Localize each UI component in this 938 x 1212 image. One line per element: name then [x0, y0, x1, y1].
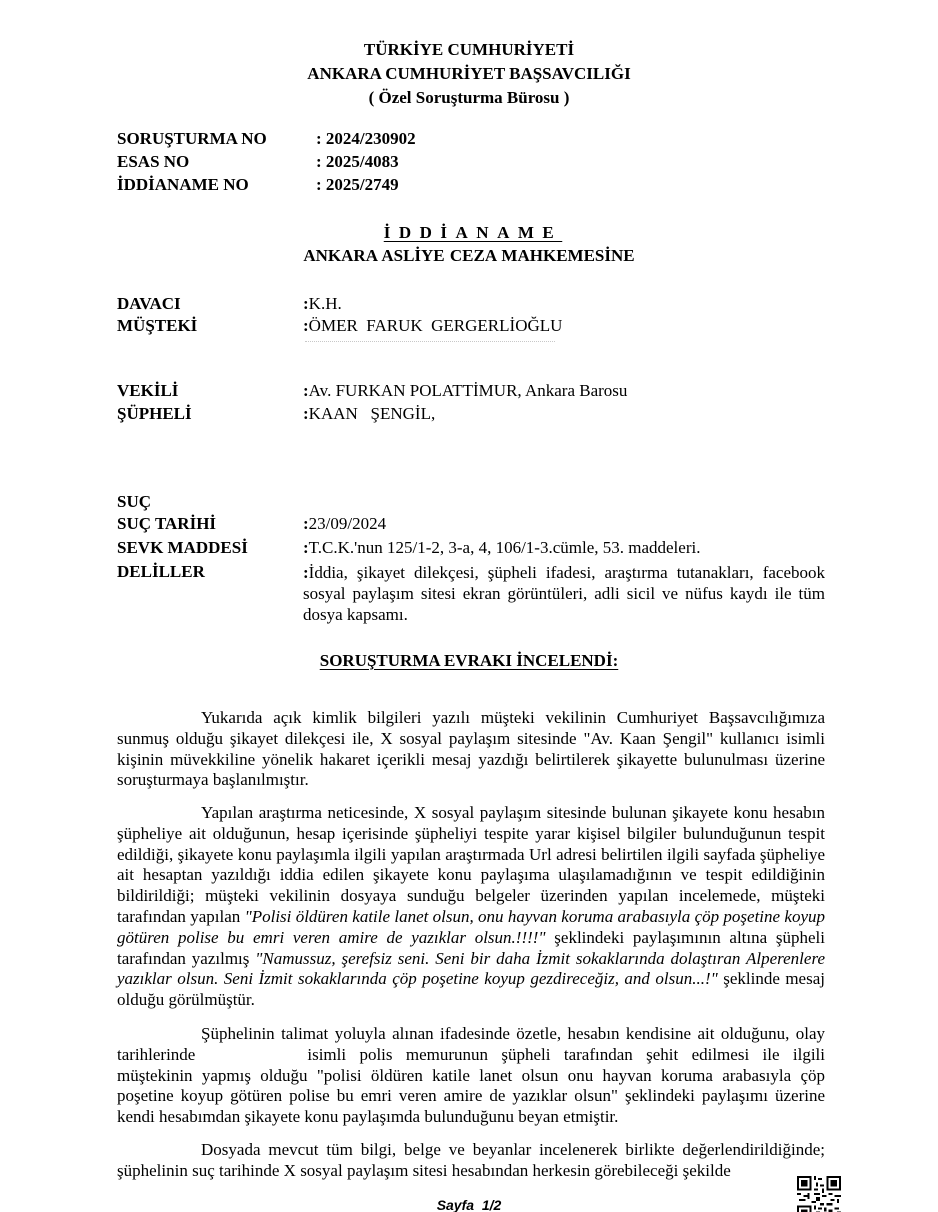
crime-date-label: SUÇ TARİHİ — [117, 513, 303, 535]
articles-row: SEVK MADDESİ:T.C.K.'nun 125/1-2, 3-a, 4,… — [117, 537, 700, 559]
party-label: MÜŞTEKİ — [117, 315, 303, 337]
header-republic: TÜRKİYE CUMHURİYETİ — [0, 38, 938, 62]
crime-label: SUÇ — [117, 491, 303, 513]
party-value: KAAN ŞENGİL, — [309, 404, 436, 423]
party-davaci: DAVACI:K.H. — [117, 293, 342, 315]
section-title-text: SORUŞTURMA EVRAKI İNCELENDİ: — [320, 651, 619, 670]
court-title: ANKARA ASLİYE CEZA MAHKEMESİNE — [0, 245, 938, 267]
paragraph-3-text: isimli polis memurunun şüpheli tarafında… — [117, 1045, 825, 1126]
party-value: K.H. — [309, 294, 342, 313]
meta-indictment-no: İDDİANAME NO: 2025/2749 — [117, 173, 399, 196]
qr-code-icon — [797, 1176, 841, 1212]
evidence-row: DELİLLER — [117, 561, 303, 583]
faint-redaction-line — [305, 341, 555, 342]
party-label: ŞÜPHELİ — [117, 403, 303, 425]
section-title: SORUŞTURMA EVRAKI İNCELENDİ: — [0, 650, 938, 672]
header-bureau: ( Özel Soruşturma Bürosu ) — [0, 86, 938, 110]
paragraph-2: Yapılan araştırma neticesinde, X sosyal … — [117, 803, 825, 1011]
paragraph-1: Yukarıda açık kimlik bilgileri yazılı mü… — [117, 708, 825, 791]
party-musteki: MÜŞTEKİ:ÖMER FARUK GERGERLİOĞLU — [117, 315, 562, 337]
meta-label: İDDİANAME NO — [117, 173, 316, 196]
evidence-label: DELİLLER — [117, 561, 303, 583]
evidence-value-block: :İddia, şikayet dilekçesi, şüpheli ifade… — [303, 562, 825, 625]
header-prosecutor-office: ANKARA CUMHURİYET BAŞSAVCILIĞI — [0, 62, 938, 86]
articles-label: SEVK MADDESİ — [117, 537, 303, 559]
party-value: Av. FURKAN POLATTİMUR, Ankara Barosu — [309, 381, 628, 400]
party-vekili: VEKİLİ:Av. FURKAN POLATTİMUR, Ankara Bar… — [117, 380, 627, 402]
articles-value: T.C.K.'nun 125/1-2, 3-a, 4, 106/1-3.cüml… — [309, 538, 701, 557]
paragraph-3: Şüphelinin talimat yoluyla alınan ifades… — [117, 1024, 825, 1128]
meta-esas-no: ESAS NO: 2025/4083 — [117, 150, 399, 173]
party-label: DAVACI — [117, 293, 303, 315]
meta-investigation-no: SORUŞTURMA NO: 2024/230902 — [117, 127, 416, 150]
party-supheli: ŞÜPHELİ:KAAN ŞENGİL, — [117, 403, 435, 425]
crime-label-row: SUÇ — [117, 491, 303, 513]
doc-type-text: İDDİANAME — [376, 223, 563, 242]
crime-date-value: 23/09/2024 — [309, 514, 386, 533]
paragraph-4: Dosyada mevcut tüm bilgi, belge ve beyan… — [117, 1140, 825, 1182]
party-label: VEKİLİ — [117, 380, 303, 402]
meta-value: : 2025/4083 — [316, 152, 399, 171]
doc-type-title: İDDİANAME — [0, 222, 938, 244]
party-value: ÖMER FARUK GERGERLİOĞLU — [309, 316, 563, 335]
meta-label: SORUŞTURMA NO — [117, 127, 316, 150]
crime-date-row: SUÇ TARİHİ:23/09/2024 — [117, 513, 386, 535]
meta-value: : 2025/2749 — [316, 175, 399, 194]
document-page: TÜRKİYE CUMHURİYETİ ANKARA CUMHURİYET BA… — [0, 0, 938, 1212]
meta-label: ESAS NO — [117, 150, 316, 173]
evidence-value: İddia, şikayet dilekçesi, şüpheli ifades… — [303, 563, 825, 624]
meta-value: : 2024/230902 — [316, 129, 416, 148]
